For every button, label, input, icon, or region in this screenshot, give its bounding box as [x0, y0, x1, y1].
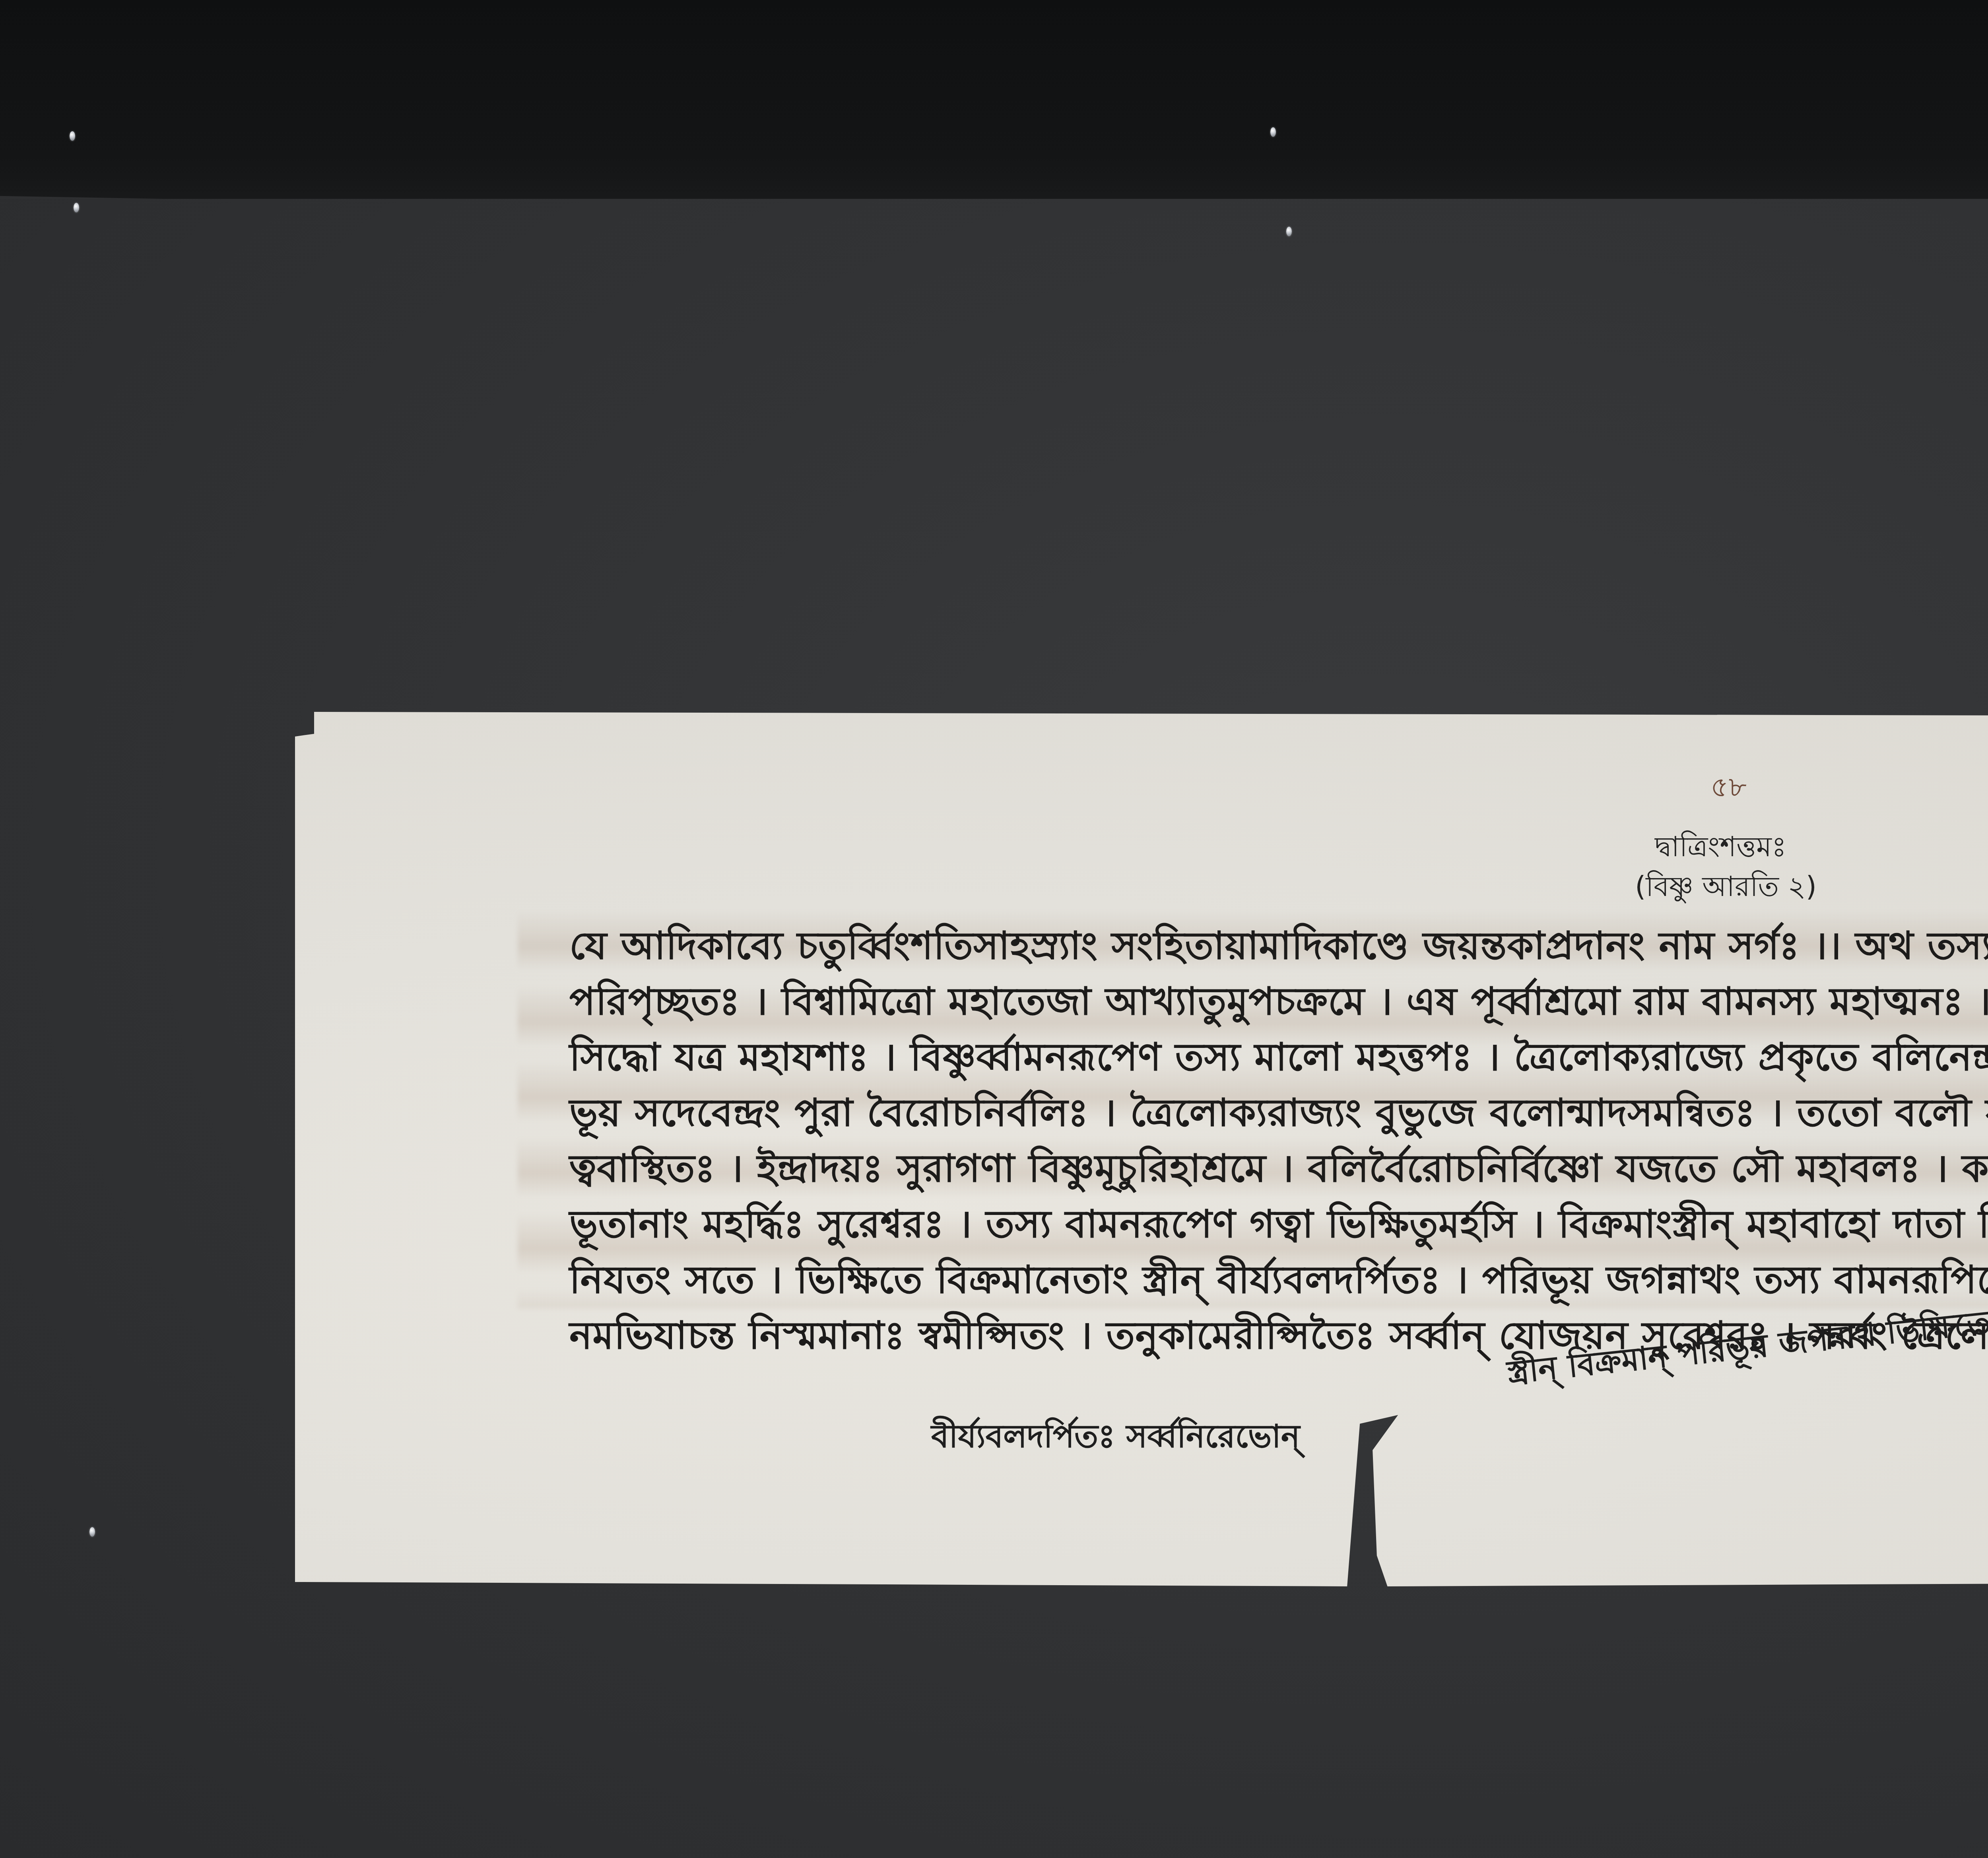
chapter-sublabel: (বিষ্ণু আরতি ২) — [1635, 865, 1817, 912]
text-line: নিযতং সতে । ভিক্ষিতে বিক্রমানেতাং স্ত্রী… — [569, 1261, 1988, 1299]
text-line: ভূয় সদেবেন্দ্রং পুরা বৈরোচনির্বলিঃ । ত্… — [569, 1094, 1988, 1132]
pin — [74, 203, 79, 212]
manuscript-folio: ৫৮ দ্বাত্রিংশত্তমঃ (বিষ্ণু আরতি ২) সং যে… — [295, 712, 1988, 1591]
text-line: সিদ্ধো যত্র মহাযশাঃ । বিষ্ণুর্ব্বামনরূপে… — [569, 1038, 1988, 1076]
pin — [89, 1527, 95, 1537]
text-line: ভূতানাং মহর্দ্ধিঃ সুরেশ্বরঃ । তস্য বামনর… — [569, 1205, 1988, 1243]
text-line: যে আদিকাব্যে চতুর্ব্বিংশতিসাহস্র্যাং সংহ… — [569, 927, 1988, 965]
black-mount-strip — [0, 0, 1988, 223]
pin — [1270, 127, 1276, 137]
marginal-note-bottom-left: বীর্য্যবলদর্পিতঃ সর্ব্বনিরেভোন্ — [931, 1412, 1300, 1465]
folio-number: ৫৮ — [1710, 766, 1747, 812]
pin — [1286, 227, 1292, 236]
text-line: ত্ববাস্থিতঃ । ইন্দ্রাদয়ঃ সুরাগণা বিষ্ণু… — [569, 1149, 1988, 1187]
pin — [70, 131, 75, 141]
text-line: পরিপৃচ্ছতঃ । বিশ্বামিত্রো মহাতেজা আখ্যাত… — [569, 982, 1988, 1020]
